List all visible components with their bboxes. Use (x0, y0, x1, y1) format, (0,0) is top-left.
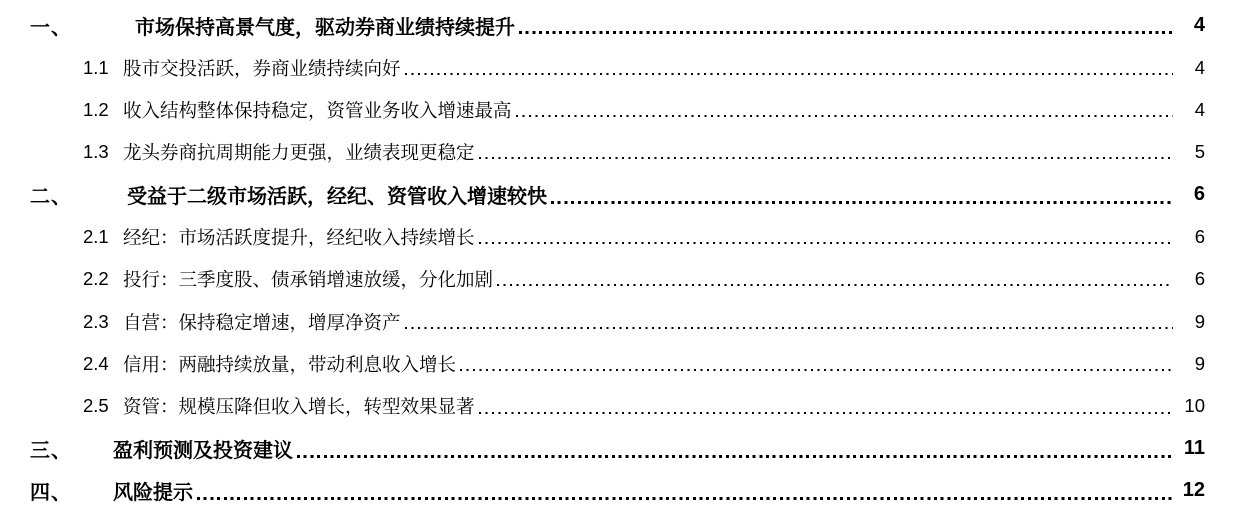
toc-entry-title: 信用：两融持续放量，带动利息收入增长 (123, 351, 456, 377)
dot-leader (479, 143, 1173, 162)
toc-entry-number: 四、 (30, 476, 113, 505)
toc-entry-page: 6 (1179, 183, 1205, 206)
toc-entry-1-2[interactable]: 1.2 收入结构整体保持稳定，资管业务收入增速最高 4 (30, 89, 1205, 131)
toc-entry-2-5[interactable]: 2.5 资管：规模压降但收入增长，转型效果显著 10 (30, 385, 1205, 427)
toc-entry-number: 三、 (30, 434, 113, 463)
toc-entry-number: 2.1 (83, 226, 123, 248)
dot-leader (516, 101, 1173, 120)
toc-entry-1-1[interactable]: 1.1 股市交投活跃，券商业绩持续向好 4 (30, 46, 1205, 88)
toc-entry-title: 龙头券商抗周期能力更强，业绩表现更稳定 (123, 139, 475, 165)
dot-leader (405, 312, 1173, 331)
toc-entry-title: 自营：保持稳定增速，增厚净资产 (123, 309, 401, 335)
toc-entry-title: 资管：规模压降但收入增长，转型效果显著 (123, 393, 475, 419)
toc-entry-page: 6 (1179, 226, 1205, 248)
dot-leader (497, 270, 1173, 289)
toc-entry-page: 11 (1179, 437, 1205, 460)
toc-entry-page: 4 (1179, 14, 1205, 37)
toc-entry-number: 2.4 (83, 353, 123, 375)
dot-leader (197, 481, 1173, 501)
toc-entry-2-4[interactable]: 2.4 信用：两融持续放量，带动利息收入增长 9 (30, 343, 1205, 385)
toc-entry-section-1[interactable]: 一、 市场保持高景气度，驱动券商业绩持续提升 4 (30, 4, 1205, 46)
toc-entry-page: 9 (1179, 311, 1205, 333)
dot-leader (551, 185, 1173, 205)
dot-leader (297, 439, 1173, 459)
toc-entry-page: 4 (1179, 99, 1205, 121)
toc-entry-title: 受益于二级市场活跃，经纪、资管收入增速较快 (127, 180, 547, 209)
dot-leader (479, 397, 1173, 416)
toc-entry-page: 10 (1179, 395, 1205, 417)
toc-entry-number: 一、 (30, 11, 135, 40)
toc-entry-page: 6 (1179, 268, 1205, 290)
toc-entry-title: 经纪：市场活跃度提升，经纪收入持续增长 (123, 224, 475, 250)
toc-entry-1-3[interactable]: 1.3 龙头券商抗周期能力更强，业绩表现更稳定 5 (30, 131, 1205, 173)
toc-entry-number: 2.3 (83, 311, 123, 333)
toc-entry-title: 盈利预测及投资建议 (113, 434, 293, 463)
dot-leader (479, 228, 1173, 247)
toc-entry-number: 1.3 (83, 141, 123, 163)
toc-entry-section-4[interactable]: 四、 风险提示 12 (30, 470, 1205, 512)
toc-entry-title: 市场保持高景气度，驱动券商业绩持续提升 (135, 11, 515, 40)
table-of-contents: 一、 市场保持高景气度，驱动券商业绩持续提升 4 1.1 股市交投活跃，券商业绩… (0, 0, 1246, 531)
toc-entry-number: 二、 (30, 180, 127, 209)
toc-entry-number: 1.2 (83, 99, 123, 121)
toc-entry-title: 投行：三季度股、债承销增速放缓，分化加剧 (123, 266, 493, 292)
dot-leader (405, 58, 1173, 77)
toc-entry-2-1[interactable]: 2.1 经纪：市场活跃度提升，经纪收入持续增长 6 (30, 216, 1205, 258)
toc-entry-title: 风险提示 (113, 476, 193, 505)
dot-leader (460, 355, 1173, 374)
dot-leader (519, 15, 1173, 35)
toc-entry-section-2[interactable]: 二、 受益于二级市场活跃，经纪、资管收入增速较快 6 (30, 173, 1205, 215)
toc-entry-page: 12 (1179, 479, 1205, 502)
toc-entry-title: 股市交投活跃，券商业绩持续向好 (123, 55, 401, 81)
toc-entry-2-3[interactable]: 2.3 自营：保持稳定增速，增厚净资产 9 (30, 300, 1205, 342)
toc-entry-2-2[interactable]: 2.2 投行：三季度股、债承销增速放缓，分化加剧 6 (30, 258, 1205, 300)
toc-entry-page: 9 (1179, 353, 1205, 375)
toc-entry-number: 1.1 (83, 57, 123, 79)
toc-entry-page: 5 (1179, 141, 1205, 163)
toc-entry-title: 收入结构整体保持稳定，资管业务收入增速最高 (123, 97, 512, 123)
toc-entry-number: 2.2 (83, 268, 123, 290)
toc-entry-page: 4 (1179, 57, 1205, 79)
toc-entry-number: 2.5 (83, 395, 123, 417)
toc-entry-section-3[interactable]: 三、 盈利预测及投资建议 11 (30, 427, 1205, 469)
